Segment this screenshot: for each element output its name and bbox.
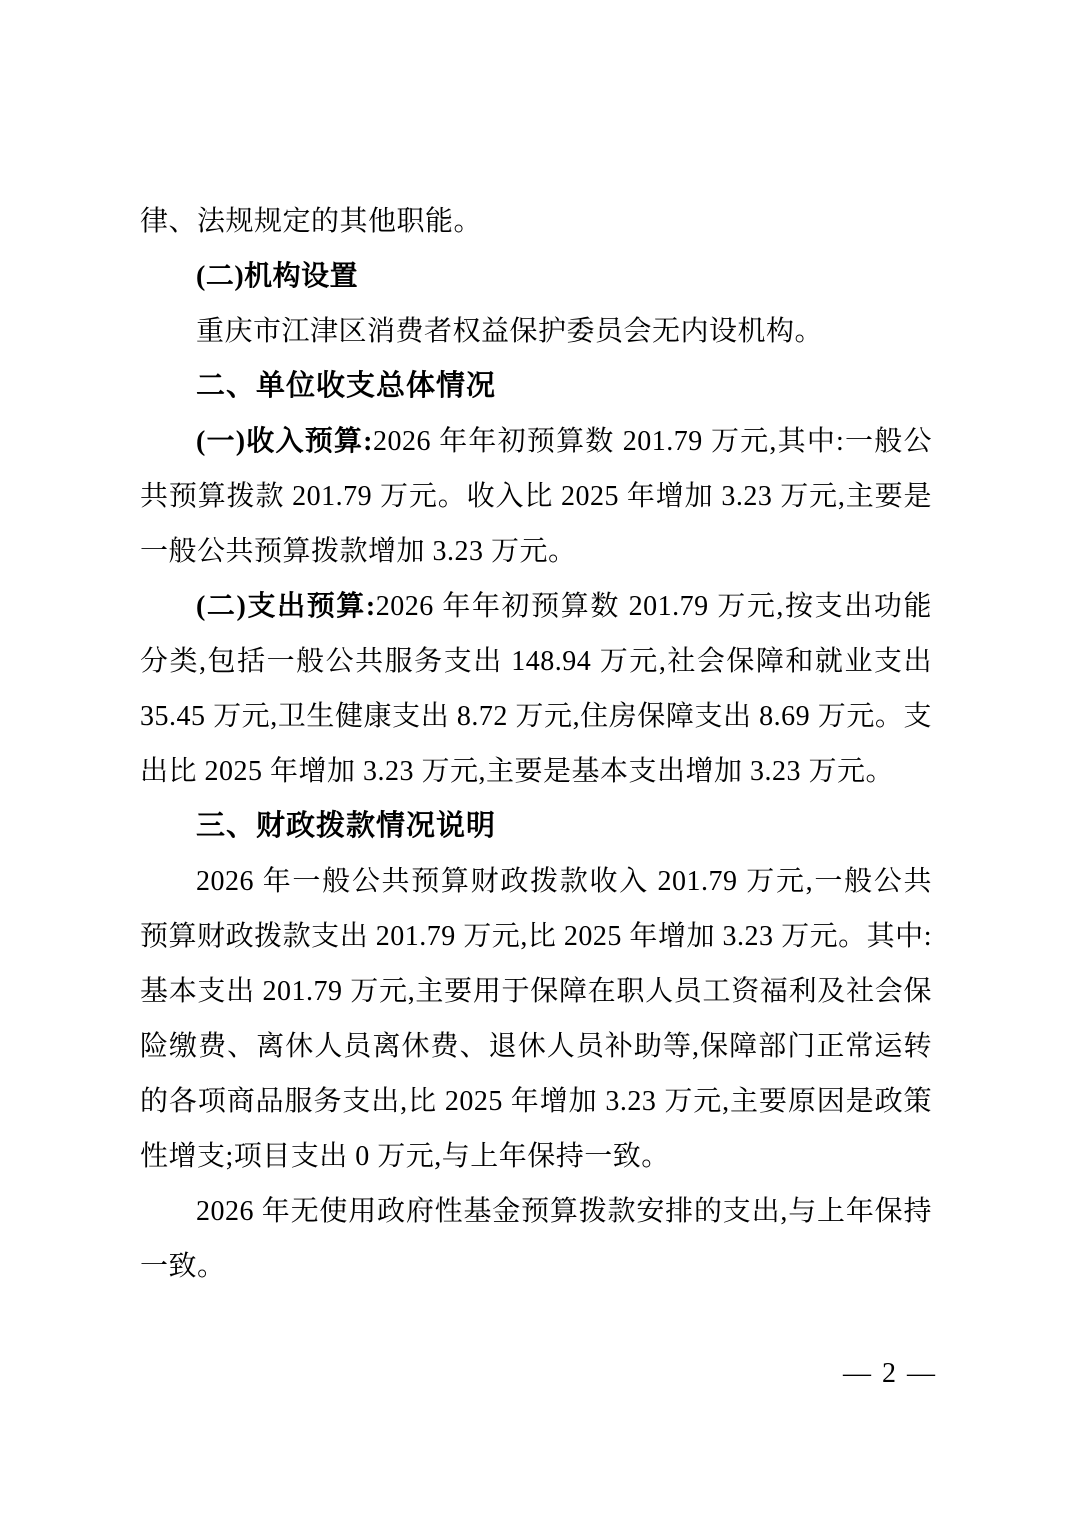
section-heading-budget-overview: 二、单位收支总体情况 xyxy=(140,359,932,414)
section-heading-fiscal-appropriation: 三、财政拨款情况说明 xyxy=(140,799,932,854)
paragraph-org: 重庆市江津区消费者权益保护委员会无内设机构。 xyxy=(140,304,932,359)
paragraph-fiscal-detail: 2026 年一般公共预算财政拨款收入 201.79 万元,一般公共预算财政拨款支… xyxy=(140,854,932,1184)
paragraph-gov-fund: 2026 年无使用政府性基金预算拨款安排的支出,与上年保持一致。 xyxy=(140,1184,932,1294)
document-page: 律、法规规定的其他职能。 (二)机构设置 重庆市江津区消费者权益保护委员会无内设… xyxy=(0,0,1074,1520)
paragraph-carryover: 律、法规规定的其他职能。 xyxy=(140,194,932,249)
subheading-org-setup: (二)机构设置 xyxy=(140,249,932,304)
page-number: — 2 — xyxy=(843,1346,937,1401)
document-content: 律、法规规定的其他职能。 (二)机构设置 重庆市江津区消费者权益保护委员会无内设… xyxy=(140,194,932,1294)
paragraph-income-budget: (一)收入预算:2026 年年初预算数 201.79 万元,其中:一般公共预算拨… xyxy=(140,414,932,579)
paragraph-expense-budget: (二)支出预算:2026 年年初预算数 201.79 万元,按支出功能分类,包括… xyxy=(140,579,932,799)
expense-budget-lead: (二)支出预算: xyxy=(196,591,376,622)
income-budget-lead: (一)收入预算: xyxy=(196,426,373,457)
